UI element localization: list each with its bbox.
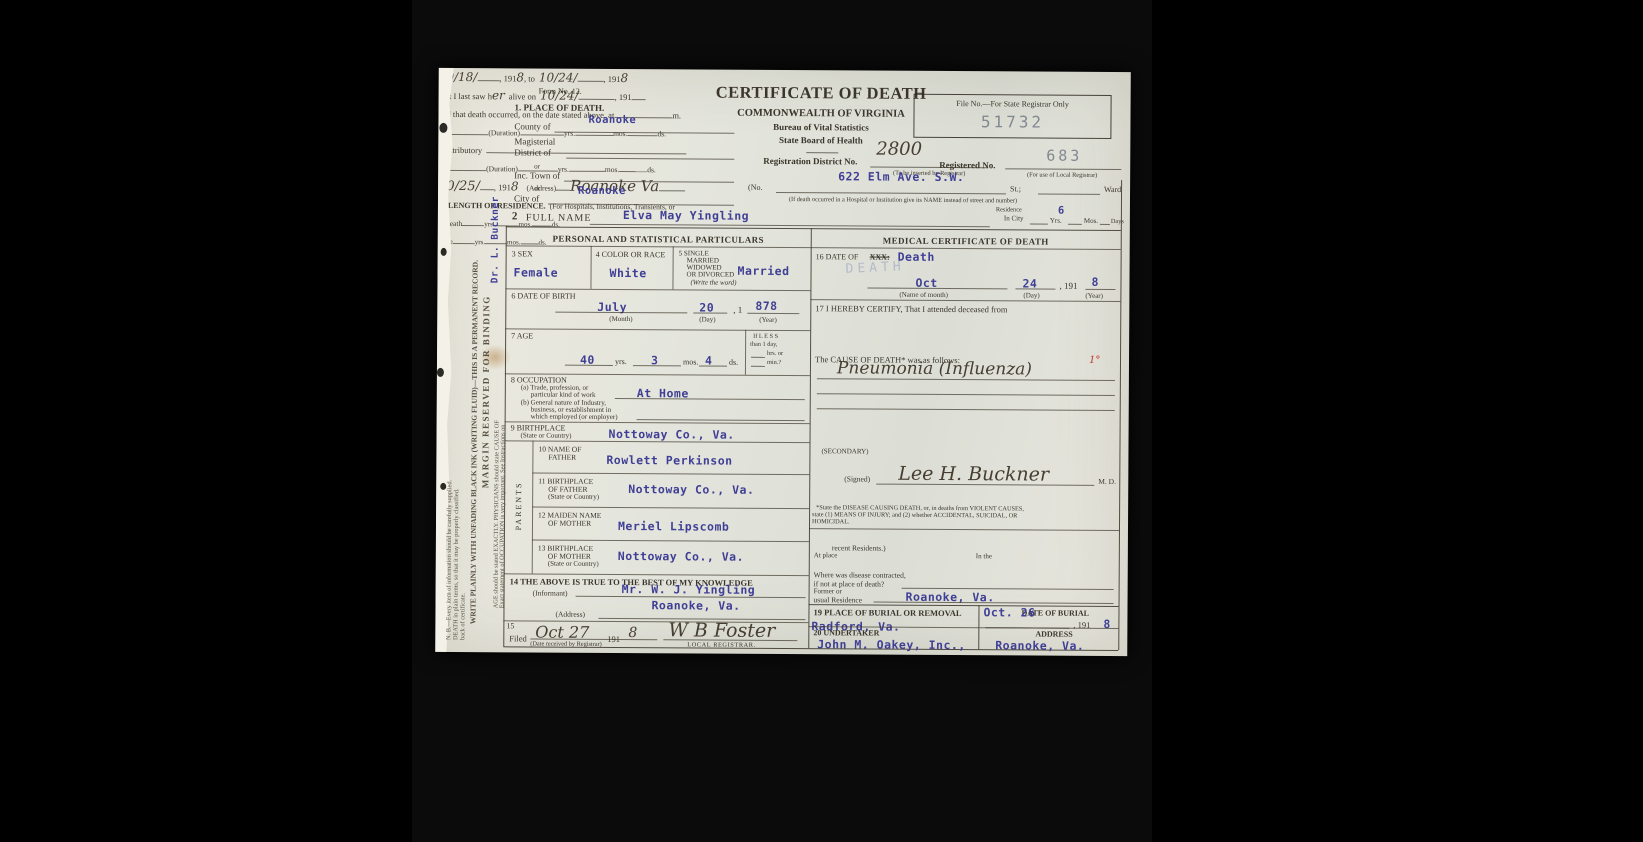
rule-line xyxy=(565,365,613,366)
secondary-label: (SECONDARY) xyxy=(821,447,868,455)
rule-line xyxy=(810,299,1120,302)
fullname-label: FULL NAME xyxy=(526,212,592,223)
mother-name-value: Meriel Lipscomb xyxy=(618,519,729,534)
less-label2: than 1 day, xyxy=(750,341,777,348)
registered-no-note: (For use of Local Registrar) xyxy=(998,171,1126,179)
duration-ds: ds. xyxy=(657,129,666,138)
last-saw-text-b: alive on xyxy=(509,91,536,101)
certify-line1: 17 I HEREBY CERTIFY, That I attended dec… xyxy=(815,303,1007,314)
sex-value: Female xyxy=(513,265,558,279)
margin-note-nb3: back of certificate. xyxy=(459,593,466,640)
meridiem-label: m. xyxy=(672,110,681,120)
red-annotation-mark: 1° xyxy=(1089,355,1100,366)
filed-label: Filed xyxy=(509,633,527,643)
rule-line xyxy=(751,357,765,358)
death-year-value: 8 xyxy=(1091,275,1099,289)
death-day-note: (Day) xyxy=(1023,291,1039,299)
blank-line xyxy=(619,163,647,172)
sign-year-prefix: , 191 xyxy=(494,182,511,192)
less-label4: min.? xyxy=(767,359,781,366)
tear-speck xyxy=(441,248,447,256)
or-label1: or xyxy=(534,162,540,170)
certificate-title: CERTIFICATE OF DEATH xyxy=(694,82,949,104)
dob-day-note: (Day) xyxy=(699,315,715,323)
cause-of-death-handwriting: Pneumonia (Influenza) xyxy=(837,358,1032,379)
rule-line xyxy=(633,365,681,366)
sign-address-note: (Address) xyxy=(527,183,557,192)
age-yrs-label: yrs. xyxy=(615,357,627,366)
bureau-subtitle: Bureau of Vital Statistics xyxy=(693,121,948,133)
residence-mos-label: Mos. xyxy=(1084,217,1098,225)
form-number: Form No. 12. xyxy=(539,87,582,96)
in-the-label1: In the xyxy=(976,552,992,560)
her-handwriting: er xyxy=(492,88,505,102)
father-bp-note: (State or Country) xyxy=(548,493,599,501)
fullname-number: 2 xyxy=(512,210,518,222)
rule-line xyxy=(1068,224,1082,225)
right-section-header: MEDICAL CERTIFICATE OF DEATH xyxy=(811,235,1121,247)
residence-incity-label: In City xyxy=(1004,214,1024,222)
or-label2: or xyxy=(534,184,540,192)
race-value: White xyxy=(609,266,646,280)
age-mos-label: mos. xyxy=(683,357,698,366)
death-year-prefix: , 191 xyxy=(1059,281,1077,291)
death-stamp-faint: DEATH xyxy=(845,259,905,277)
date-of-death-label: 16 DATE OF xyxy=(816,252,859,261)
mother-bp-value: Nottoway Co., Va. xyxy=(618,549,744,564)
commonwealth-subtitle: COMMONWEALTH OF VIRGINIA xyxy=(693,107,948,120)
duration2-note: (Duration) xyxy=(486,164,518,173)
undertaker-label: 20 UNDERTAKER xyxy=(813,628,879,637)
attended-to-date: 10/24/ xyxy=(539,71,578,85)
no-label: (No. xyxy=(748,183,763,192)
residence-mos-value: 6 xyxy=(1058,205,1065,217)
magisterial-label1: Magisterial xyxy=(514,136,555,146)
rule-line xyxy=(876,484,1094,486)
file-number-stamp: 51732 xyxy=(914,112,1110,132)
undertaker-address-value: Roanoke, Va. xyxy=(995,638,1084,653)
rule-line xyxy=(1085,289,1115,290)
residence-label: Residence xyxy=(996,206,1022,213)
filed-number: 15 xyxy=(506,621,514,630)
screenshot-stage: N. B.—Every item of information should b… xyxy=(0,0,1643,842)
rule-line xyxy=(699,365,727,366)
blank-line xyxy=(569,163,605,172)
rule-line xyxy=(751,366,765,367)
margin-reserved-binding: MARGIN RESERVED FOR BINDING xyxy=(480,295,491,488)
inc-town-label: Inc. Town of xyxy=(514,170,560,180)
magisterial-label2: District of xyxy=(514,147,551,157)
dob-month-note: (Month) xyxy=(609,315,632,323)
blank-line xyxy=(556,182,570,191)
to-label: , to xyxy=(524,73,535,83)
rule-line xyxy=(745,330,746,375)
undertaker-address-label: ADDRESS xyxy=(1035,630,1072,639)
saw-year-prefix: , 191 xyxy=(615,92,632,102)
dob-year-value: 878 xyxy=(755,299,777,313)
rule-line xyxy=(1100,224,1110,225)
physician-signature: Lee H. Buckner xyxy=(898,463,1049,486)
rule-line xyxy=(505,440,810,443)
age-label: 7 AGE xyxy=(511,331,533,340)
dob-year-prefix: , 1 xyxy=(733,305,742,315)
filed-note: (Date received by Registrar) xyxy=(530,640,602,647)
former-label2: usual Residence xyxy=(814,595,863,604)
blank-line xyxy=(480,181,494,190)
less-label3: hrs. or xyxy=(767,350,783,357)
local-registrar-label: LOCAL REGISTRAR. xyxy=(687,641,756,648)
rule-line xyxy=(590,246,591,289)
address-note: (Address) xyxy=(555,610,585,619)
death-year-note: (Year) xyxy=(1085,292,1103,300)
burial-date-value: Oct. 26 xyxy=(983,605,1035,619)
rule-line xyxy=(817,378,1115,381)
blank-line xyxy=(453,235,475,244)
street-address-value: 622 Elm Ave. S.W. xyxy=(838,169,964,184)
file-box-label: File No.—For State Registrar Only xyxy=(915,99,1111,109)
rule-line xyxy=(817,393,1115,396)
age-ds-label: ds. xyxy=(729,358,738,367)
rule-line xyxy=(532,506,809,509)
registration-district-label: Registration District No. xyxy=(763,156,857,167)
father-name-value: Rowlett Perkinson xyxy=(606,453,732,468)
margin-write-plainly: WRITE PLAINLY WITH UNFADING BLACK INK (W… xyxy=(468,260,479,624)
registered-no-label: Registered No. xyxy=(939,160,995,170)
rule-line xyxy=(637,419,805,421)
marital-note: (Write the word) xyxy=(690,278,736,286)
city-value: Roanoke xyxy=(578,185,626,197)
registration-district-value: 2800 xyxy=(876,139,922,160)
rule-line xyxy=(693,312,727,313)
occupation-b3: which employed (or employer) xyxy=(531,412,618,421)
parents-vertical-label: PARENTS xyxy=(514,482,523,531)
father-bp-value: Nottoway Co., Va. xyxy=(628,482,754,497)
signed-note: (Signed) xyxy=(844,474,870,483)
county-label: County of xyxy=(514,121,550,131)
rule-line xyxy=(532,472,809,475)
to-year-prefix: , 191 xyxy=(603,74,620,84)
md-label: M. D. xyxy=(1098,477,1116,486)
former-label1: Former or xyxy=(814,587,842,595)
left-section-header: PERSONAL AND STATISTICAL PARTICULARS xyxy=(506,233,811,245)
blank-line xyxy=(462,217,484,226)
cause-footnote-3: HOMICIDAL. xyxy=(812,518,850,525)
city-label: City of xyxy=(514,193,539,203)
race-label: 4 COLOR OR RACE xyxy=(596,250,666,259)
st-label: St.; xyxy=(1010,184,1021,193)
less-label1: If L E S S xyxy=(753,333,778,340)
mother-bp-note: (State or Country) xyxy=(548,560,599,568)
informant-value: Mr. W. J. Yingling xyxy=(622,582,756,597)
to-year-hw: 8 xyxy=(620,71,628,85)
rule-line xyxy=(747,313,799,314)
blank-line xyxy=(659,182,685,191)
at-place-label1: At place xyxy=(814,551,838,559)
duration2-mos: mos. xyxy=(605,165,619,174)
dob-year-note: (Year) xyxy=(759,316,777,324)
rule-line xyxy=(809,528,1119,531)
place-of-death-label: 1. PLACE OF DEATH. xyxy=(515,102,605,113)
blank-line xyxy=(477,72,499,81)
marital-value: Married xyxy=(738,264,790,278)
ward-label: Ward xyxy=(1104,185,1121,194)
sex-label: 3 SEX xyxy=(512,249,533,258)
file-number-box: File No.—For State Registrar Only 51732 xyxy=(913,94,1111,139)
rule-line xyxy=(505,328,810,331)
blank-line xyxy=(579,91,615,100)
dob-label: 6 DATE OF BIRTH xyxy=(511,291,575,300)
rule-line xyxy=(1030,224,1048,225)
birthplace-note: (State or Country) xyxy=(521,431,572,439)
registered-no-stamp: 683 xyxy=(1046,147,1082,165)
duration-mos: mos. xyxy=(613,129,627,138)
father-name-label2: FATHER xyxy=(548,453,576,462)
informant-address-value: Roanoke, Va. xyxy=(651,598,740,613)
tear-speck xyxy=(439,123,447,133)
rule-line xyxy=(1015,288,1055,289)
margin-doctor-note: Dr. L. Buckner xyxy=(489,196,501,283)
blank-line xyxy=(632,91,646,100)
undertaker-value: John M. Oakey, Inc., xyxy=(817,637,966,652)
tear-speck xyxy=(437,368,444,377)
blank-line xyxy=(577,73,603,82)
mother-name-label2: OF MOTHER xyxy=(548,519,591,528)
residence-section-note2: recent Residents.) xyxy=(832,543,886,552)
r18-yrs-b: yrs. xyxy=(475,238,485,246)
county-value: Roanoke xyxy=(588,114,636,126)
fullname-value: Elva May Yingling xyxy=(623,208,749,223)
rule-line xyxy=(817,408,1115,411)
death-month-note: (Name of month) xyxy=(899,291,948,299)
from-year-prefix: , 191 xyxy=(499,73,516,83)
death-certificate-document: N. B.—Every item of information should b… xyxy=(435,68,1131,656)
rule-line xyxy=(806,152,838,153)
birthplace-value: Nottoway Co., Va. xyxy=(609,427,735,442)
sign-year-hw: 8 xyxy=(511,179,519,193)
rule-line xyxy=(532,539,809,542)
informant-note: (Informant) xyxy=(533,588,568,597)
duration2-ds: ds. xyxy=(647,165,656,174)
burial-place-label: 19 PLACE OF BURIAL OR REMOVAL xyxy=(813,607,961,618)
duration-yrs: yrs. xyxy=(564,129,575,138)
rule-line xyxy=(672,246,673,289)
residence-yrs-label: Yrs. xyxy=(1050,217,1062,225)
